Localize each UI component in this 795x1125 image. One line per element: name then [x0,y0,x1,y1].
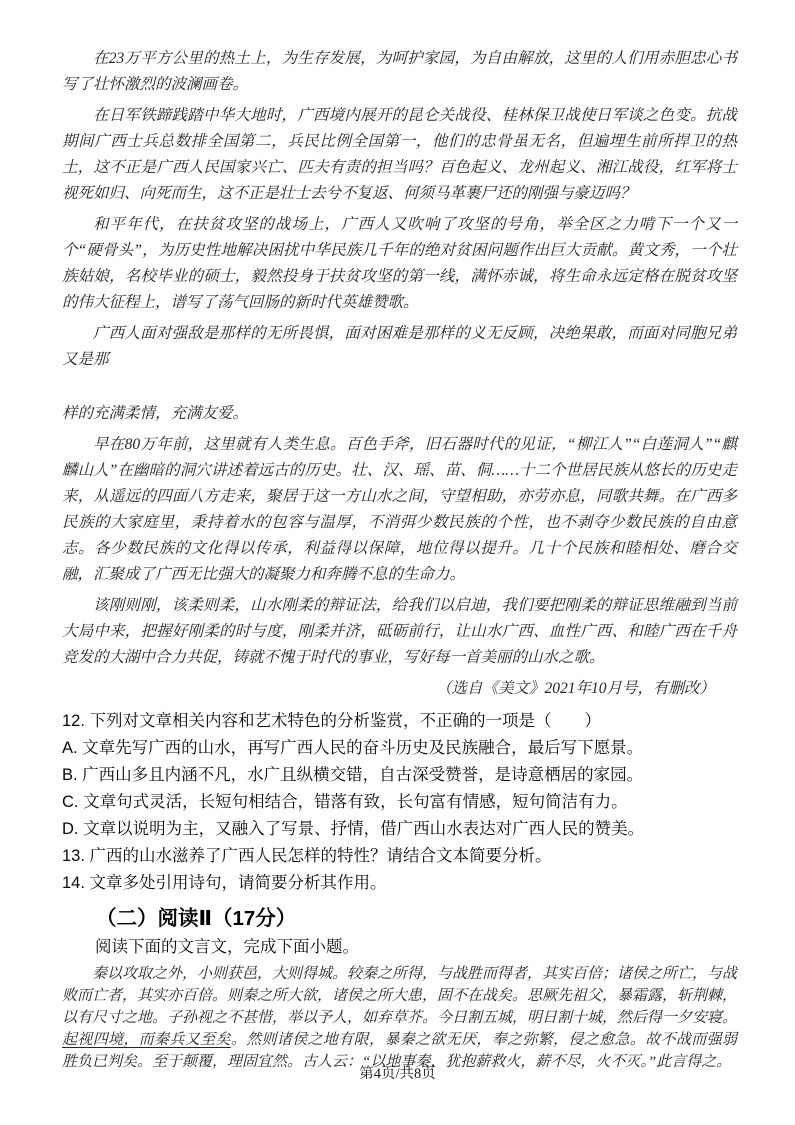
classical-text-before-underline: 秦以攻取之外，小则获邑，大则得城。较秦之所得，与战胜而得者，其实百倍；诸侯之所亡… [62,966,737,1026]
exam-page: 在23万平方公里的热土上，为生存发展，为呵护家园，为自由解放，这里的人们用赤胆忠… [0,0,795,1125]
passage-paragraph-2: 在日军铁蹄践踏中华大地时，广西境内展开的昆仑关战役、桂林保卫战使日军谈之色变。抗… [62,103,737,207]
passage-paragraph-5: 早在80万年前，这里就有人类生息。百色手斧，旧石器时代的见证，“柳江人”“白莲洞… [62,432,737,588]
passage-source-attribution: （选自《美文》2021年10月号，有删改） [62,676,737,702]
passage-paragraph-3: 和平年代，在扶贫攻坚的战场上，广西人又吹响了攻坚的号角，举全区之力啃下一个又一个… [62,212,737,316]
question-13: 13. 广西的山水滋养了广西人民怎样的特性？请结合文本简要分析。 [62,843,737,870]
question-12-option-a: A. 文章先写广西的山水，再写广西人民的奋斗历史及民族融合，最后写下愿景。 [62,735,737,762]
page-number-footer: 第4页/共8页 [0,1062,795,1083]
question-12-option-b: B. 广西山多且内涵不凡，水广且纵横交错，自古深受赞誉，是诗意栖居的家园。 [62,762,737,789]
section-2-instructions: 阅读下面的文言文，完成下面小题。 [62,934,737,960]
classical-chinese-passage: 秦以攻取之外，小则获邑，大则得城。较秦之所得，与战胜而得者，其实百倍；诸侯之所亡… [62,963,737,1073]
passage-paragraph-1: 在23万平方公里的热土上，为生存发展，为呵护家园，为自由解放，这里的人们用赤胆忠… [62,46,737,98]
passage-paragraph-4: 广西人面对强敌是那样的无所畏惧，面对困难是那样的义无反顾，决绝果敢，而面对同胞兄… [62,321,737,373]
question-12-stem: 12. 下列对文章相关内容和艺术特色的分析鉴赏，不正确的一项是（ ） [62,708,737,735]
section-2-heading: （二）阅读Ⅱ（17分） [62,901,737,931]
question-14: 14. 文章多处引用诗句，请简要分析其作用。 [62,870,737,897]
question-12-option-c: C. 文章句式灵活，长短句相结合，错落有致，长句富有情感，短句简洁有力。 [62,789,737,816]
classical-underlined-text: 起视四境，而秦兵又至矣 [62,1032,231,1048]
question-12-option-d: D. 文章以说明为主，又融入了写景、抒情，借广西山水表达对广西人民的赞美。 [62,816,737,843]
passage-paragraph-6: 该刚则刚，该柔则柔，山水刚柔的辩证法，给我们以启迪，我们要把刚柔的辩证思维融到当… [62,593,737,671]
passage-paragraph-4-continued: 样的充满柔情，充满友爱。 [62,401,737,427]
